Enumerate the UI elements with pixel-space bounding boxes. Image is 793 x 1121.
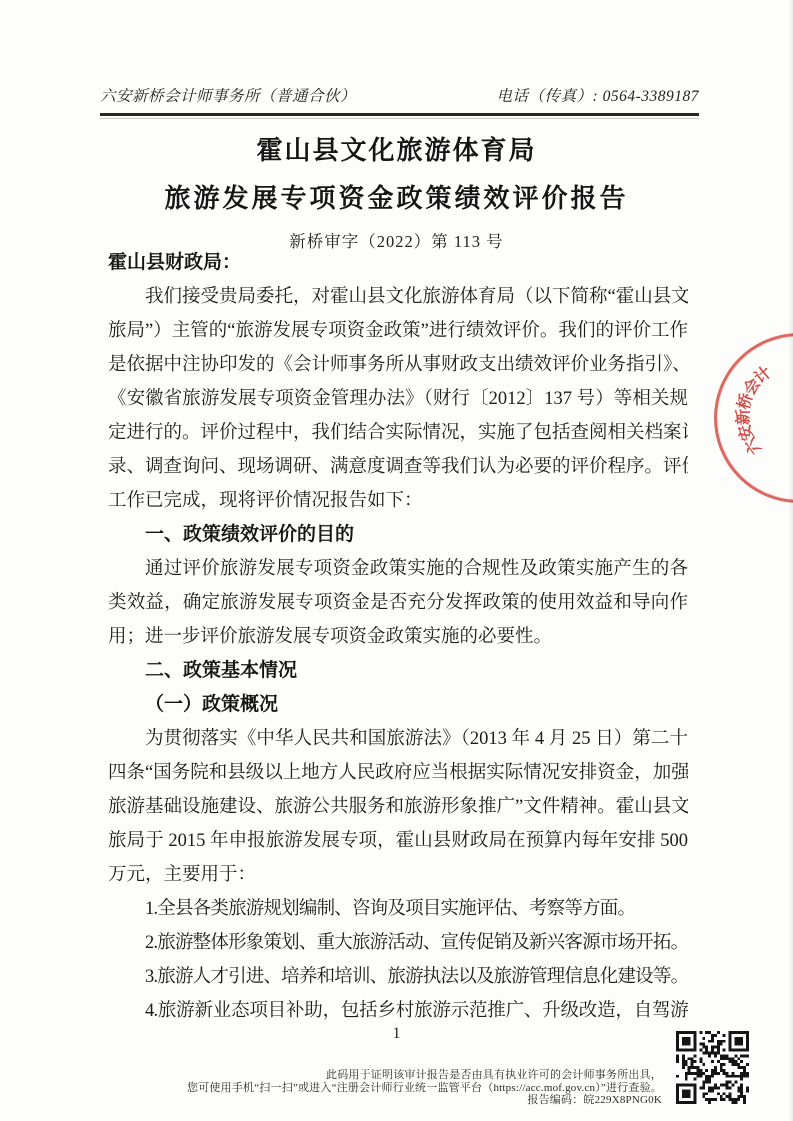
document-page: 六安新桥会计师事务所（普通合伙） 电话（传真）: 0564-3389187 霍山… [0,0,793,1121]
document-line: 工作已完成，现将评价情况报告如下： [108,484,688,518]
report-code: 报告编码：皖229X8PNG0K [100,1094,662,1107]
document-line: 霍山县财政局： [108,246,688,280]
title-block: 霍山县文化旅游体育局 旅游发展专项资金政策绩效评价报告 新桥审字（2022）第 … [0,130,793,252]
document-line: 我们接受贵局委托，对霍山县文化旅游体育局（以下简称“霍山县文 [108,280,688,314]
accounting-firm-seal: 六 安 新 桥 会 计 [714,333,793,503]
phone-fax-label: 电话（传真）: 0564-3389187 [497,84,699,106]
document-line: （一）政策概况 [108,688,688,722]
document-line: 旅局”）主管的“旅游发展专项资金政策”进行绩效评价。我们的评价工作 [108,314,688,348]
document-line: 是依据中注协印发的《会计师事务所从事财政支出绩效评价业务指引》、 [108,348,688,382]
document-line: 四条“国务院和县级以上地方人民政府应当根据实际情况安排资金，加强 [108,756,688,790]
report-title: 旅游发展专项资金政策绩效评价报告 [0,178,793,215]
document-line: 4.旅游新业态项目补助，包括乡村旅游示范推广、升级改造，自驾游 [108,994,688,1028]
report-body: 霍山县财政局：我们接受贵局委托，对霍山县文化旅游体育局（以下简称“霍山县文旅局”… [108,246,688,1028]
document-line: 3.旅游人才引进、培养和培训、旅游执法以及旅游管理信息化建设等。 [108,960,688,994]
verification-note-line2: 您可使用手机“扫一扫”或进入“注册会计师行业统一监管平台（https://acc… [100,1082,662,1095]
document-line: 旅游基础设施建设、旅游公共服务和旅游形象推广”文件精神。霍山县文 [108,790,688,824]
firm-name: 六安新桥会计师事务所（普通合伙） [100,84,356,106]
letterhead: 六安新桥会计师事务所（普通合伙） 电话（传真）: 0564-3389187 [100,84,699,116]
organization-title: 霍山县文化旅游体育局 [0,130,793,167]
document-line: 1.全县各类旅游规划编制、咨询及项目实施评估、考察等方面。 [108,892,688,926]
document-line: 万元，主要用于： [108,858,688,892]
document-line: 《安徽省旅游发展专项资金管理办法》（财行〔2012〕137 号）等相关规 [108,382,688,416]
document-line: 一、政策绩效评价的目的 [108,518,688,552]
document-line: 类效益，确定旅游发展专项资金是否充分发挥政策的使用效益和导向作 [108,586,688,620]
document-line: 2.旅游整体形象策划、重大旅游活动、宣传促销及新兴客源市场开拓。 [108,926,688,960]
document-line: 用；进一步评价旅游发展专项资金政策实施的必要性。 [108,620,688,654]
qr-code [676,1031,749,1104]
document-line: 通过评价旅游发展专项资金政策实施的合规性及政策实施产生的各 [108,552,688,586]
document-line: 二、政策基本情况 [108,654,688,688]
document-line: 定进行的。评价过程中，我们结合实际情况，实施了包括查阅相关档案记 [108,416,688,450]
document-line: 录、调查询问、现场调研、满意度调查等我们认为必要的评价程序。评价 [108,450,688,484]
verification-note: 此码用于证明该审计报告是否由具有执业许可的会计师事务所出具， 您可使用手机“扫一… [100,1069,662,1107]
page-number: 1 [0,1025,793,1043]
document-line: 为贯彻落实《中华人民共和国旅游法》（2013 年 4 月 25 日）第二十 [108,722,688,756]
document-line: 旅局于 2015 年申报旅游发展专项，霍山县财政局在预算内每年安排 500 [108,824,688,858]
verification-note-line1: 此码用于证明该审计报告是否由具有执业许可的会计师事务所出具， [100,1069,662,1082]
